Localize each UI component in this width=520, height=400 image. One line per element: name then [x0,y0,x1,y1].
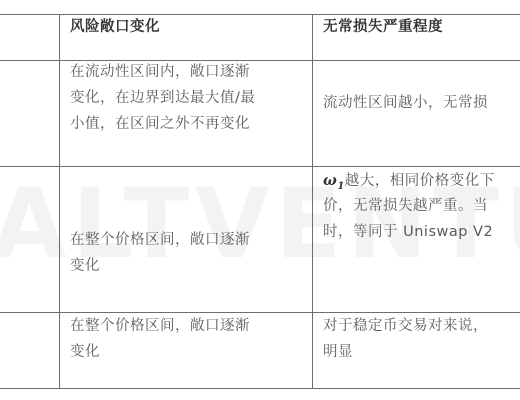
table-border-bottom [0,388,520,389]
exposure-line: 变化，在边界到达最大值/最 [70,87,255,110]
exposure-line: 变化 [70,341,100,364]
omega-symbol: ω1 [323,172,345,189]
exposure-line: 在流动性区间内，敞口逐渐 [70,61,250,84]
exposure-line: 变化 [70,255,100,278]
omega-subscript: 1 [337,181,344,192]
loss-line: 时，等同于 Uniswap V2 [323,221,493,244]
loss-line-text: 越大，相同价格变化下 [345,173,495,189]
row-divider [0,312,520,313]
row-divider [0,166,520,167]
header-impermanent-loss: 无常损失严重程度 [323,16,443,39]
column-divider [312,14,313,389]
table-border-top [0,14,520,15]
loss-line: 对于稳定币交易对来说， [323,315,488,338]
loss-line: 价，无常损失越严重。当 [323,195,488,218]
loss-line: 流动性区间越小，无常损 [323,92,488,115]
omega-char: ω [323,172,337,189]
exposure-line: 小值，在区间之外不再变化 [70,113,250,136]
exposure-line: 在整个价格区间，敞口逐渐 [70,229,250,252]
header-exposure-change: 风险敞口变化 [70,16,160,39]
exposure-line: 在整个价格区间，敞口逐渐 [70,315,250,338]
loss-line-omega: ω1越大，相同价格变化下 [323,169,495,198]
loss-line: 明显 [323,341,353,364]
column-divider [59,14,60,389]
